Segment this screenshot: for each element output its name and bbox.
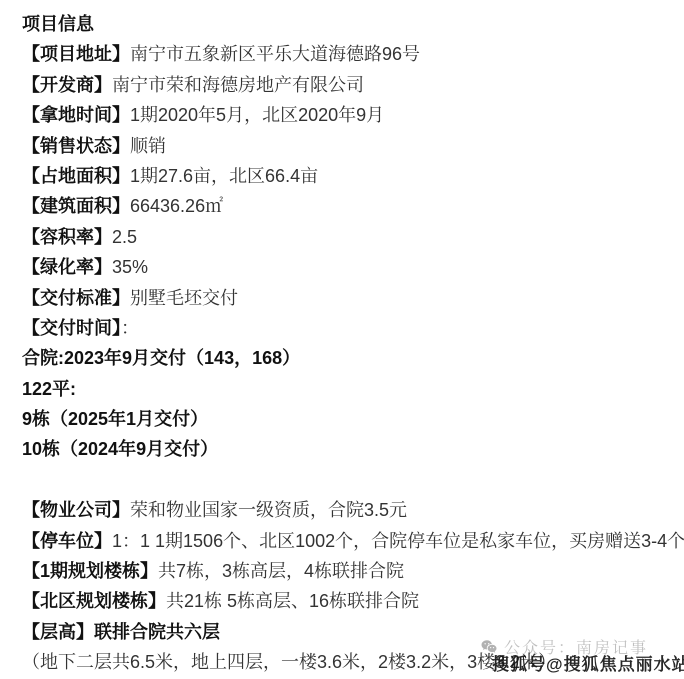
field-value: 共7栋，3栋高层，4栋联排合院: [158, 561, 404, 581]
info-line: 【交付时间】：: [22, 313, 684, 343]
info-line: 合院:2023年9月交付（143，168）: [22, 343, 684, 373]
info-line: 【建筑面积】66436.26㎡: [22, 191, 684, 221]
info-line: 【北区规划楼栋】共21栋 5栋高层、16栋联排合院: [22, 586, 684, 616]
field-value: 66436.26㎡: [130, 196, 223, 216]
field-label: 【容积率】: [22, 227, 112, 247]
field-label: 【物业公司】: [22, 500, 130, 520]
field-value: 9栋（2025年1月交付）: [22, 409, 208, 429]
field-label: 【停车位】: [22, 531, 112, 551]
project-info-document: 项目信息 【项目地址】南宁市五象新区平乐大道海德路96号【开发商】南宁市荣和海德…: [0, 0, 684, 678]
info-line: 【占地面积】1期27.6亩，北区66.4亩: [22, 161, 684, 191]
info-line: 【项目地址】南宁市五象新区平乐大道海德路96号: [22, 39, 684, 69]
field-value: 南宁市荣和海德房地产有限公司: [112, 75, 364, 95]
info-line: 【销售状态】顺销: [22, 131, 684, 161]
info-line: 【物业公司】荣和物业国家一级资质，合院3.5元: [22, 495, 684, 525]
field-value: 合院:2023年9月交付（143，168）: [22, 348, 300, 368]
field-label: 【项目地址】: [22, 44, 130, 64]
info-line: 【容积率】2.5: [22, 222, 684, 252]
info-line: 【交付标准】别墅毛坯交付: [22, 283, 684, 313]
info-line: 【停车位】1：1 1期1506个、北区1002个，合院停车位是私家车位，买房赠送…: [22, 526, 684, 556]
info-line: 9栋（2025年1月交付）: [22, 404, 684, 434]
field-label: 【建筑面积】: [22, 196, 130, 216]
field-label: 【1期规划楼栋】: [22, 561, 158, 581]
field-value: 2.5: [112, 227, 137, 247]
info-line: （地下二层共6.5米，地上四层，一楼3.6米，2楼3.2米，3楼3.2米）: [22, 647, 684, 677]
field-label: 【北区规划楼栋】: [22, 591, 166, 611]
field-value: 35%: [112, 257, 148, 277]
info-lines: 【项目地址】南宁市五象新区平乐大道海德路96号【开发商】南宁市荣和海德房地产有限…: [22, 39, 684, 677]
page-title: 项目信息: [22, 9, 684, 39]
field-label: 【层高】: [22, 622, 94, 642]
info-line: 【1期规划楼栋】共7栋，3栋高层，4栋联排合院: [22, 556, 684, 586]
info-line: 【拿地时间】1期2020年5月，北区2020年9月: [22, 100, 684, 130]
field-value: 南宁市五象新区平乐大道海德路96号: [130, 44, 420, 64]
field-value: 1期27.6亩，北区66.4亩: [130, 166, 318, 186]
field-value: 荣和物业国家一级资质，合院3.5元: [130, 500, 407, 520]
field-value: 别墅毛坯交付: [130, 288, 238, 308]
field-value: 联排合院共六层: [94, 622, 220, 642]
info-line: 【开发商】南宁市荣和海德房地产有限公司: [22, 70, 684, 100]
info-line: 10栋（2024年9月交付）: [22, 434, 684, 464]
field-label: 【销售状态】: [22, 136, 130, 156]
field-value: ：: [121, 318, 139, 338]
field-label: 【开发商】: [22, 75, 112, 95]
info-line: 122平:: [22, 374, 684, 404]
field-value: 1：1 1期1506个、北区1002个，合院停车位是私家车位，买房赠送3-4个: [112, 531, 684, 551]
field-label: 【交付时间】: [22, 318, 121, 338]
field-label: 【拿地时间】: [22, 105, 130, 125]
field-label: 【占地面积】: [22, 166, 130, 186]
field-value: 1期2020年5月，北区2020年9月: [130, 105, 384, 125]
field-value: 122平:: [22, 379, 76, 399]
info-line: 【层高】联排合院共六层: [22, 617, 684, 647]
field-value: 10栋（2024年9月交付）: [22, 439, 218, 459]
field-value: 共21栋 5栋高层、16栋联排合院: [166, 591, 419, 611]
field-label: 【绿化率】: [22, 257, 112, 277]
info-line: 【绿化率】35%: [22, 252, 684, 282]
field-value: 顺销: [130, 136, 166, 156]
blank-line: [22, 465, 684, 495]
field-label: 【交付标准】: [22, 288, 130, 308]
field-value: （地下二层共6.5米，地上四层，一楼3.6米，2楼3.2米，3楼3.2米）: [22, 652, 556, 672]
